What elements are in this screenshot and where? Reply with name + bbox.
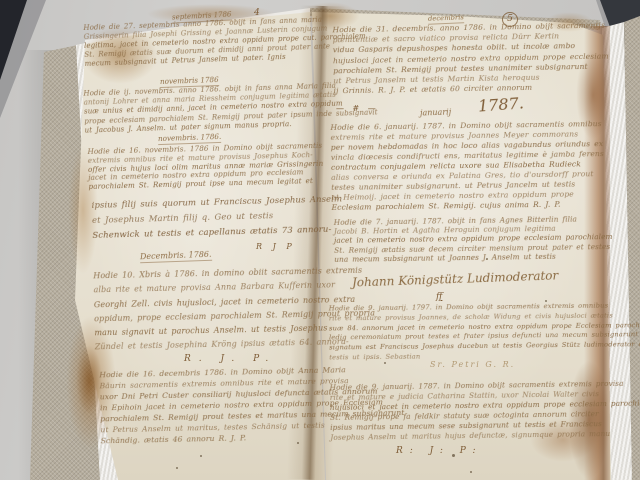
burial-entry: Hodie die 27. septembris anno 1786. obij… bbox=[83, 16, 310, 69]
big-year-1787: 1787. bbox=[477, 93, 524, 115]
burial-entry: Hodie die ij. novembris. anno 1786. obij… bbox=[83, 82, 314, 135]
burial-entry: Hodie die 7. januarij. 1787. obijt in fa… bbox=[334, 214, 601, 264]
rip-mark: R. J. P. bbox=[184, 354, 276, 364]
burial-entry: Hodie die 9. januarij. 1787. in Domino o… bbox=[330, 379, 605, 443]
rip-mark: R: J: P: bbox=[396, 446, 483, 456]
burial-entry: Hodie die 16. novembris. 1786 in Domino … bbox=[87, 142, 312, 192]
burial-entry: Hodie die 6. januarij. 1787. in Domino o… bbox=[330, 119, 601, 213]
burial-entry: Hodie die 31. decembris. anno 1786. in D… bbox=[332, 21, 599, 97]
burial-entry: Hodie die 9. januarij. 1797. in Domino o… bbox=[329, 302, 606, 364]
ink-speck bbox=[470, 471, 472, 473]
rip-mark: R J P bbox=[256, 242, 296, 251]
burial-entry-continued: ipsius filij suis quorum ut Franciscus J… bbox=[91, 193, 314, 244]
heading-flourish: — # — bbox=[336, 104, 379, 113]
manuscript-scan-photo: septembris 1786 4 Hodie die 27. septembr… bbox=[0, 0, 640, 480]
ink-speck bbox=[297, 442, 299, 444]
signature-mark: ff bbox=[436, 292, 442, 302]
january-heading: januarij bbox=[420, 107, 452, 118]
ink-speck bbox=[176, 467, 178, 469]
burial-entry: Hodie die 16. decembris 1786. in Domino … bbox=[99, 365, 325, 447]
ink-speck bbox=[200, 455, 202, 457]
witness-signature: Sr. Petri G. R. bbox=[430, 360, 515, 369]
burial-entry: Hodie 10. Xbris à 1786. in domino obiit … bbox=[93, 265, 317, 355]
left-page-number: 4 bbox=[254, 8, 260, 18]
